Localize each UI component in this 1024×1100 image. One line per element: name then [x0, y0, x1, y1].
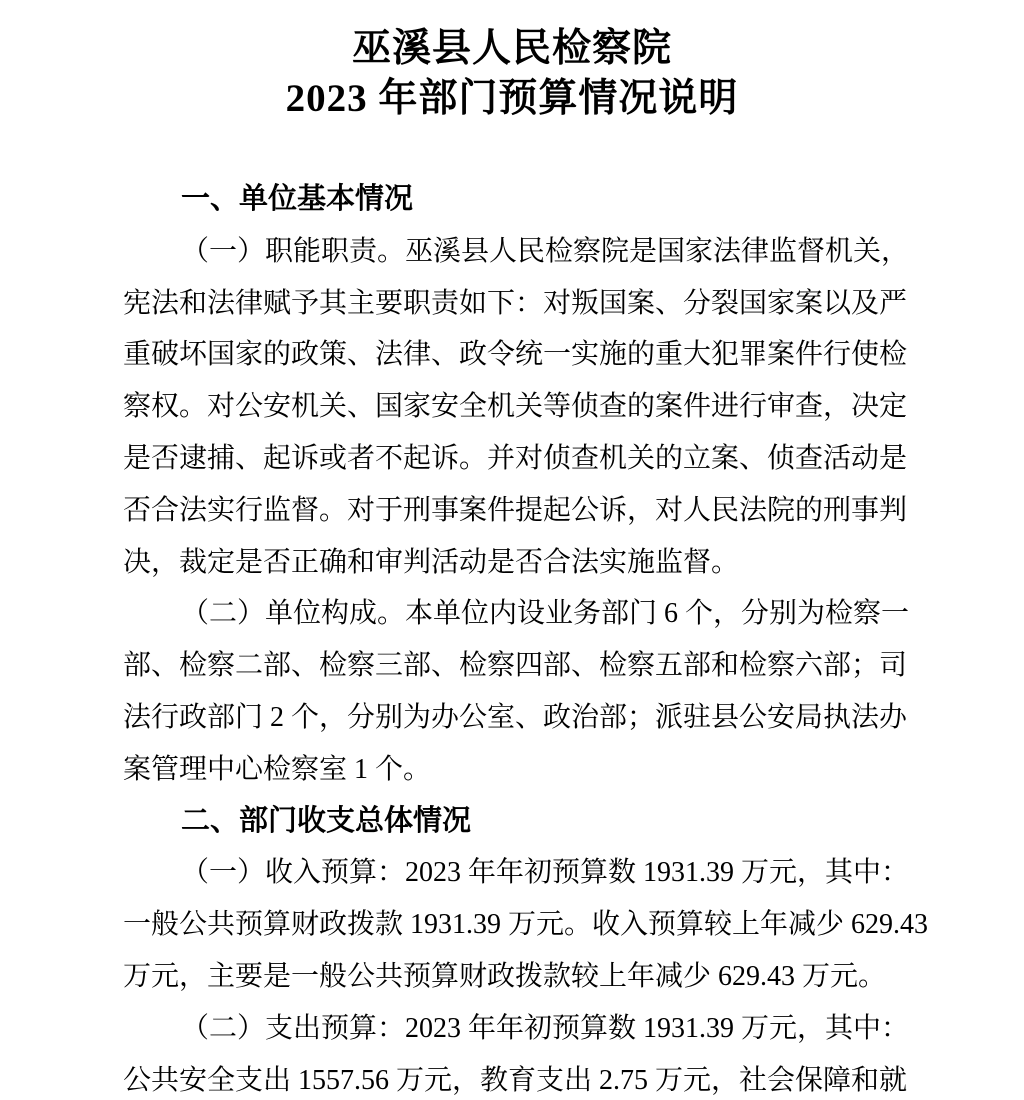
paragraph-line: 宪法和法律赋予其主要职责如下：对叛国案、分裂国家案以及严 [123, 278, 902, 330]
document-page: 巫溪县人民检察院 2023 年部门预算情况说明 一、单位基本情况 （一）职能职责… [0, 0, 1024, 1100]
paragraph-line: （二）支出预算：2023 年年初预算数 1931.39 万元，其中： [123, 1003, 902, 1055]
paragraph-line: 否合法实行监督。对于刑事案件提起公诉，对人民法院的刑事判 [123, 485, 902, 537]
paragraph-line: 一般公共预算财政拨款 1931.39 万元。收入预算较上年减少 629.43 [123, 899, 902, 951]
paragraph-line: （一）职能职责。巫溪县人民检察院是国家法律监督机关， [123, 226, 902, 278]
paragraph-line: 法行政部门 2 个，分别为办公室、政治部；派驻县公安局执法办 [123, 692, 902, 744]
paragraph-line: （二）单位构成。本单位内设业务部门 6 个，分别为检察一 [123, 588, 902, 640]
document-body: 一、单位基本情况 （一）职能职责。巫溪县人民检察院是国家法律监督机关， 宪法和法… [123, 174, 902, 1100]
section-heading-budget-overview: 二、部门收支总体情况 [123, 796, 902, 848]
paragraph-line: 决，裁定是否正确和审判活动是否合法实施监督。 [123, 537, 902, 589]
doc-title-line-2: 2023 年部门预算情况说明 [0, 74, 1024, 124]
document-title: 巫溪县人民检察院 2023 年部门预算情况说明 [0, 24, 1024, 124]
paragraph-line: 部、检察二部、检察三部、检察四部、检察五部和检察六部；司 [123, 640, 902, 692]
paragraph-line: 公共安全支出 1557.56 万元，教育支出 2.75 万元，社会保障和就 [123, 1055, 902, 1100]
paragraph-line: 案管理中心检察室 1 个。 [123, 744, 902, 796]
paragraph-line: 察权。对公安机关、国家安全机关等侦查的案件进行审查，决定 [123, 381, 902, 433]
paragraph-line: 万元，主要是一般公共预算财政拨款较上年减少 629.43 万元。 [123, 951, 902, 1003]
paragraph-line: 是否逮捕、起诉或者不起诉。并对侦查机关的立案、侦查活动是 [123, 433, 902, 485]
paragraph-line: （一）收入预算：2023 年年初预算数 1931.39 万元，其中： [123, 847, 902, 899]
doc-title-line-1: 巫溪县人民检察院 [0, 24, 1024, 74]
paragraph-line: 重破坏国家的政策、法律、政令统一实施的重大犯罪案件行使检 [123, 329, 902, 381]
section-heading-unit-basic-info: 一、单位基本情况 [123, 174, 902, 226]
